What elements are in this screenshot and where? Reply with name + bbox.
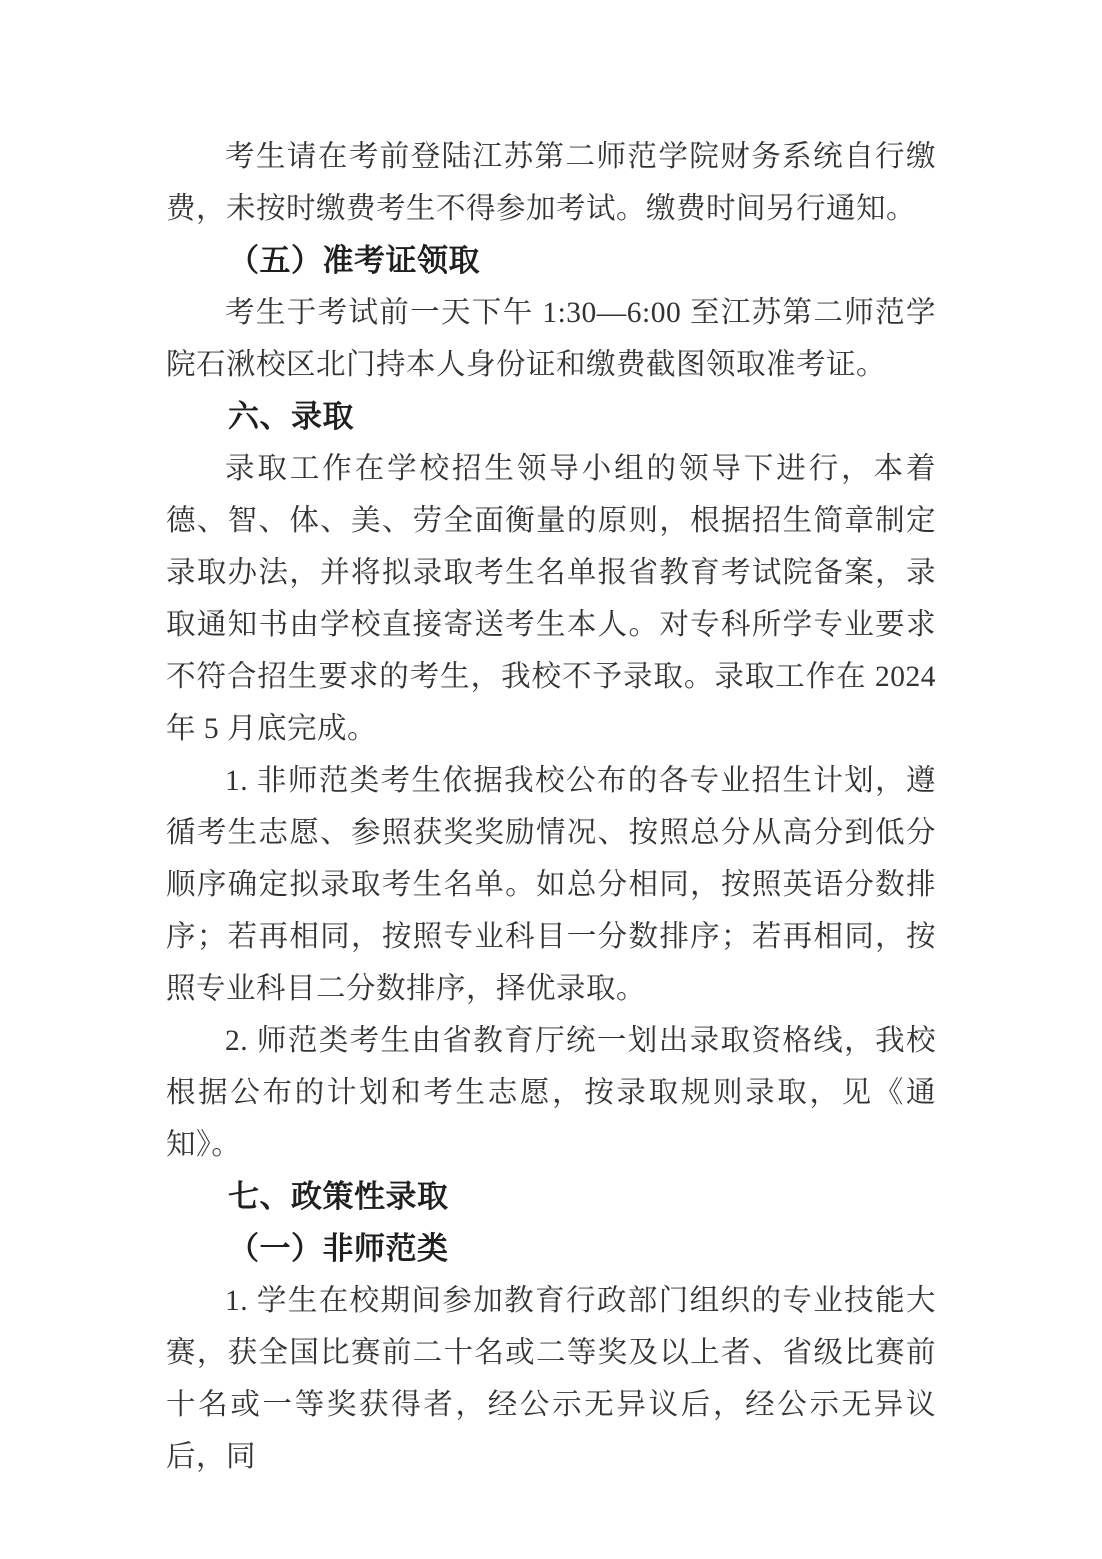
body-paragraph: 录取工作在学校招生领导小组的领导下进行，本着德、智、体、美、劳全面衡量的原则，根… <box>166 443 936 755</box>
section-heading: （一）非师范类 <box>166 1223 936 1275</box>
section-heading: 六、录取 <box>166 391 936 443</box>
section-heading: （五）准考证领取 <box>166 235 936 287</box>
document-page: 考生请在考前登陆江苏第二师范学院财务系统自行缴费，未按时缴费考生不得参加考试。缴… <box>0 0 1102 1559</box>
body-paragraph: 2. 师范类考生由省教育厅统一划出录取资格线，我校根据公布的计划和考生志愿，按录… <box>166 1015 936 1171</box>
body-paragraph: 1. 学生在校期间参加教育行政部门组织的专业技能大赛，获全国比赛前二十名或二等奖… <box>166 1275 936 1483</box>
body-paragraph: 1. 非师范类考生依据我校公布的各专业招生计划，遵循考生志愿、参照获奖奖励情况、… <box>166 755 936 1015</box>
body-paragraph: 考生请在考前登陆江苏第二师范学院财务系统自行缴费，未按时缴费考生不得参加考试。缴… <box>166 131 936 235</box>
section-heading: 七、政策性录取 <box>166 1171 936 1223</box>
text-block: 考生请在考前登陆江苏第二师范学院财务系统自行缴费，未按时缴费考生不得参加考试。缴… <box>166 131 936 1483</box>
body-paragraph: 考生于考试前一天下午 1:30—6:00 至江苏第二师范学院石湫校区北门持本人身… <box>166 287 936 391</box>
